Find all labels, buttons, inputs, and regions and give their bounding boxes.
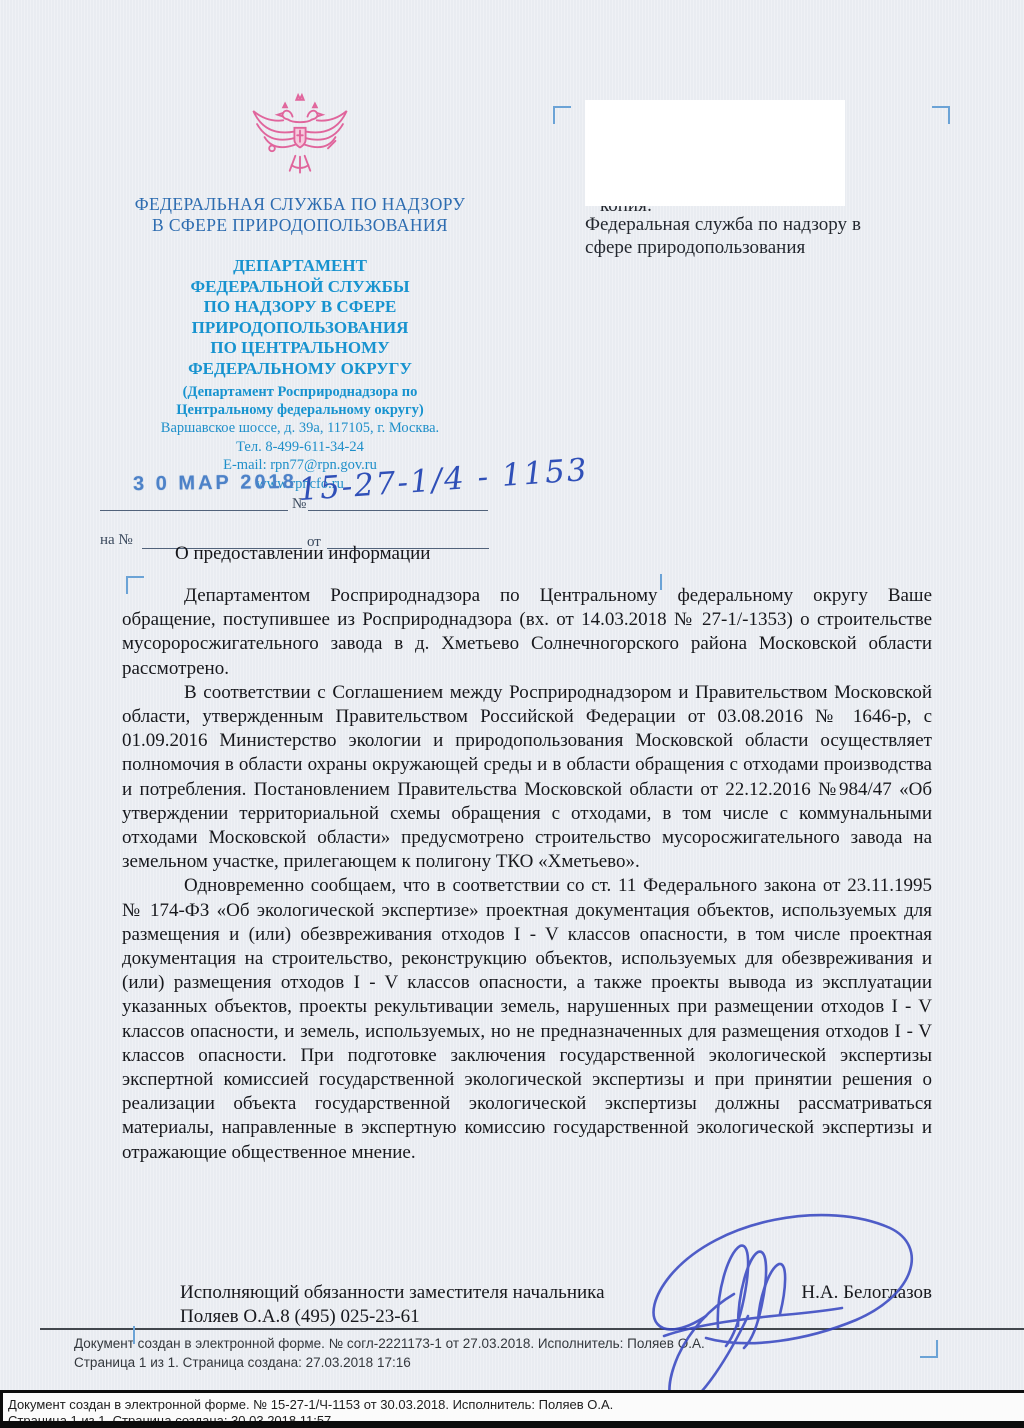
executor-contact: Поляев О.А.8 (495) 025-23-61	[180, 1306, 420, 1328]
scan-tick-mark	[133, 1326, 135, 1344]
subject-line: О предоставлении информации	[175, 543, 430, 565]
service-name-line1: ФЕДЕРАЛЬНАЯ СЛУЖБА ПО НАДЗОРУ	[88, 194, 512, 215]
redaction-box	[585, 100, 845, 206]
date-line	[100, 510, 288, 511]
corner-mark-top-left-icon	[553, 106, 571, 124]
department-line: ФЕДЕРАЛЬНОЙ СЛУЖБЫ	[88, 277, 512, 298]
signer-position: Исполняющий обязанности заместителя нача…	[180, 1282, 605, 1304]
letterhead-phone: Тел. 8-499-611-34-24	[88, 438, 512, 457]
scan-footer-line2: Страница 1 из 1. Страница создана: 27.03…	[74, 1355, 411, 1370]
date-stamp: 3 0 МАР 2018	[133, 471, 297, 496]
number-line	[308, 510, 488, 511]
department-line: ПРИРОДОПОЛЬЗОВАНИЯ	[88, 318, 512, 339]
department-line: ФЕДЕРАЛЬНОМУ ОКРУГУ	[88, 359, 512, 380]
department-line: ДЕПАРТАМЕНТ	[88, 256, 512, 277]
letterhead-address: Варшавское шоссе, д. 39а, 117105, г. Мос…	[88, 419, 512, 438]
body-paragraph-2: В соответствии с Соглашением между Роспр…	[122, 681, 932, 875]
addressee-line2: сфере природопользования	[585, 237, 861, 259]
department-short-name-line1: (Департамент Росприроднадзора по	[88, 383, 512, 401]
body-paragraph-1: Департаментом Росприроднадзора по Центра…	[122, 584, 932, 681]
bottom-strip-bottom-bar	[0, 1421, 1024, 1428]
letter-body: Департаментом Росприроднадзора по Центра…	[122, 584, 932, 1165]
on-number-label: на №	[100, 532, 133, 549]
bottom-strip-top-border	[0, 1390, 1024, 1393]
handwritten-signature	[598, 1198, 928, 1413]
department-line: ПО ЦЕНТРАЛЬНОМУ	[88, 338, 512, 359]
bottom-strip-line1: Документ создан в электронной форме. № 1…	[8, 1397, 613, 1412]
department-short-name-line2: Центральному федеральному округу)	[88, 401, 512, 419]
corner-mark-top-right-icon	[932, 106, 950, 124]
department-line: ПО НАДЗОРУ В СФЕРЕ	[88, 297, 512, 318]
coat-of-arms-eagle-icon	[244, 92, 356, 186]
letterhead: ФЕДЕРАЛЬНАЯ СЛУЖБА ПО НАДЗОРУ В СФЕРЕ ПР…	[88, 92, 512, 493]
scanned-letter-page: ФЕДЕРАЛЬНАЯ СЛУЖБА ПО НАДЗОРУ В СФЕРЕ ПР…	[0, 0, 1024, 1428]
body-paragraph-3: Одновременно сообщаем, что в соответстви…	[122, 874, 932, 1164]
corner-mark-body-left-icon	[126, 576, 144, 594]
scan-tick-mark	[660, 574, 662, 590]
addressee-line1: Федеральная служба по надзору в	[585, 214, 861, 236]
department-name: ДЕПАРТАМЕНТ ФЕДЕРАЛЬНОЙ СЛУЖБЫ ПО НАДЗОР…	[88, 256, 512, 379]
service-name-line2: В СФЕРЕ ПРИРОДОПОЛЬЗОВАНИЯ	[88, 215, 512, 236]
